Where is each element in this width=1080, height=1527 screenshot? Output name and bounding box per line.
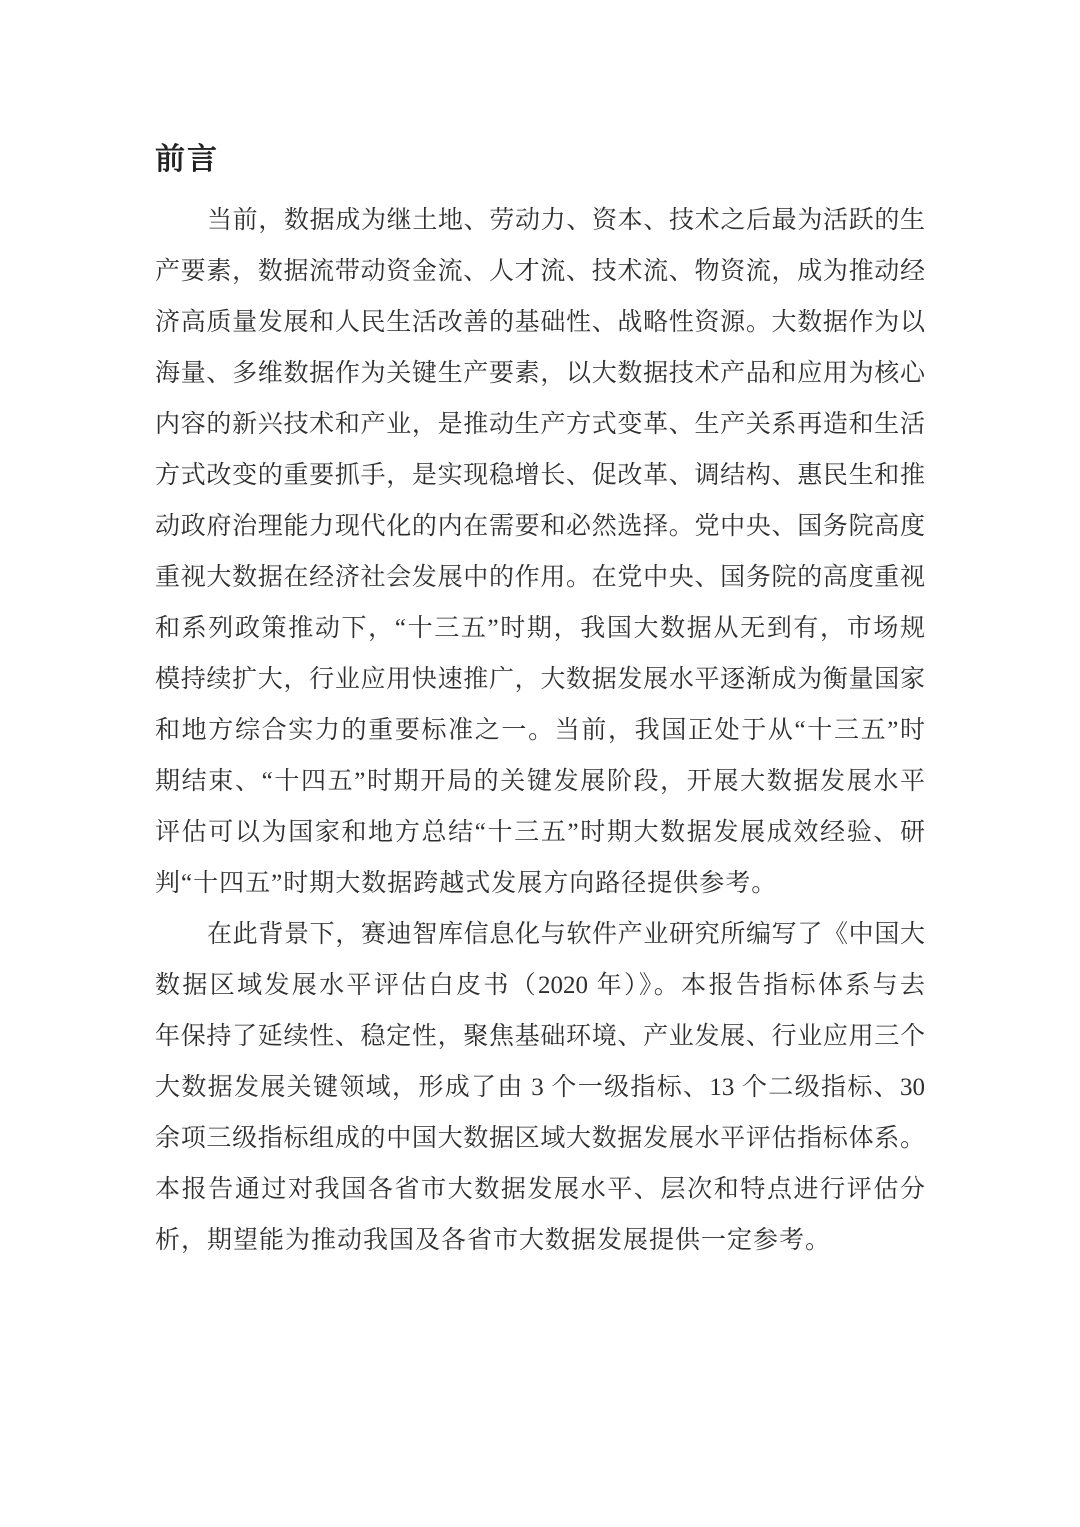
text-line: 余项三级指标组成的中国大数据区域大数据发展水平评估指标体系。 xyxy=(155,1113,925,1164)
text-line: 期结束、“十四五”时期开局的关键发展阶段，开展大数据发展水平 xyxy=(155,756,925,807)
text-line: 动政府治理能力现代化的内在需要和必然选择。党中央、国务院高度 xyxy=(155,501,925,552)
text-line: 和地方综合实力的重要标准之一。当前，我国正处于从“十三五”时 xyxy=(155,705,925,756)
paragraph-2: 在此背景下，赛迪智库信息化与软件产业研究所编写了《中国大 数据区域发展水平评估白… xyxy=(155,909,925,1266)
text-line: 判“十四五”时期大数据跨越式发展方向路径提供参考。 xyxy=(155,858,925,909)
text-line: 海量、多维数据作为关键生产要素，以大数据技术产品和应用为核心 xyxy=(155,348,925,399)
text-line: 析，期望能为推动我国及各省市大数据发展提供一定参考。 xyxy=(155,1215,925,1266)
text-line: 数据区域发展水平评估白皮书（2020 年）》。本报告指标体系与去 xyxy=(155,960,925,1011)
text-line: 模持续扩大，行业应用快速推广，大数据发展水平逐渐成为衡量国家 xyxy=(155,654,925,705)
text-line: 本报告通过对我国各省市大数据发展水平、层次和特点进行评估分 xyxy=(155,1164,925,1215)
text-line: 产要素，数据流带动资金流、人才流、技术流、物资流，成为推动经 xyxy=(155,246,925,297)
text-line: 年保持了延续性、稳定性，聚焦基础环境、产业发展、行业应用三个 xyxy=(155,1011,925,1062)
text-line: 评估可以为国家和地方总结“十三五”时期大数据发展成效经验、研 xyxy=(155,807,925,858)
page-title: 前言 xyxy=(155,140,925,180)
text-line: 方式改变的重要抓手，是实现稳增长、促改革、调结构、惠民生和推 xyxy=(155,450,925,501)
text-line: 济高质量发展和人民生活改善的基础性、战略性资源。大数据作为以 xyxy=(155,297,925,348)
text-line: 大数据发展关键领域，形成了由 3 个一级指标、13 个二级指标、30 xyxy=(155,1062,925,1113)
text-line: 当前，数据成为继土地、劳动力、资本、技术之后最为活跃的生 xyxy=(155,195,925,246)
paragraph-1: 当前，数据成为继土地、劳动力、资本、技术之后最为活跃的生 产要素，数据流带动资金… xyxy=(155,195,925,909)
text-line: 在此背景下，赛迪智库信息化与软件产业研究所编写了《中国大 xyxy=(155,909,925,960)
document-page: 前言 当前，数据成为继土地、劳动力、资本、技术之后最为活跃的生 产要素，数据流带… xyxy=(155,140,925,1266)
text-line: 内容的新兴技术和产业，是推动生产方式变革、生产关系再造和生活 xyxy=(155,399,925,450)
text-line: 和系列政策推动下，“十三五”时期，我国大数据从无到有，市场规 xyxy=(155,603,925,654)
text-line: 重视大数据在经济社会发展中的作用。在党中央、国务院的高度重视 xyxy=(155,552,925,603)
